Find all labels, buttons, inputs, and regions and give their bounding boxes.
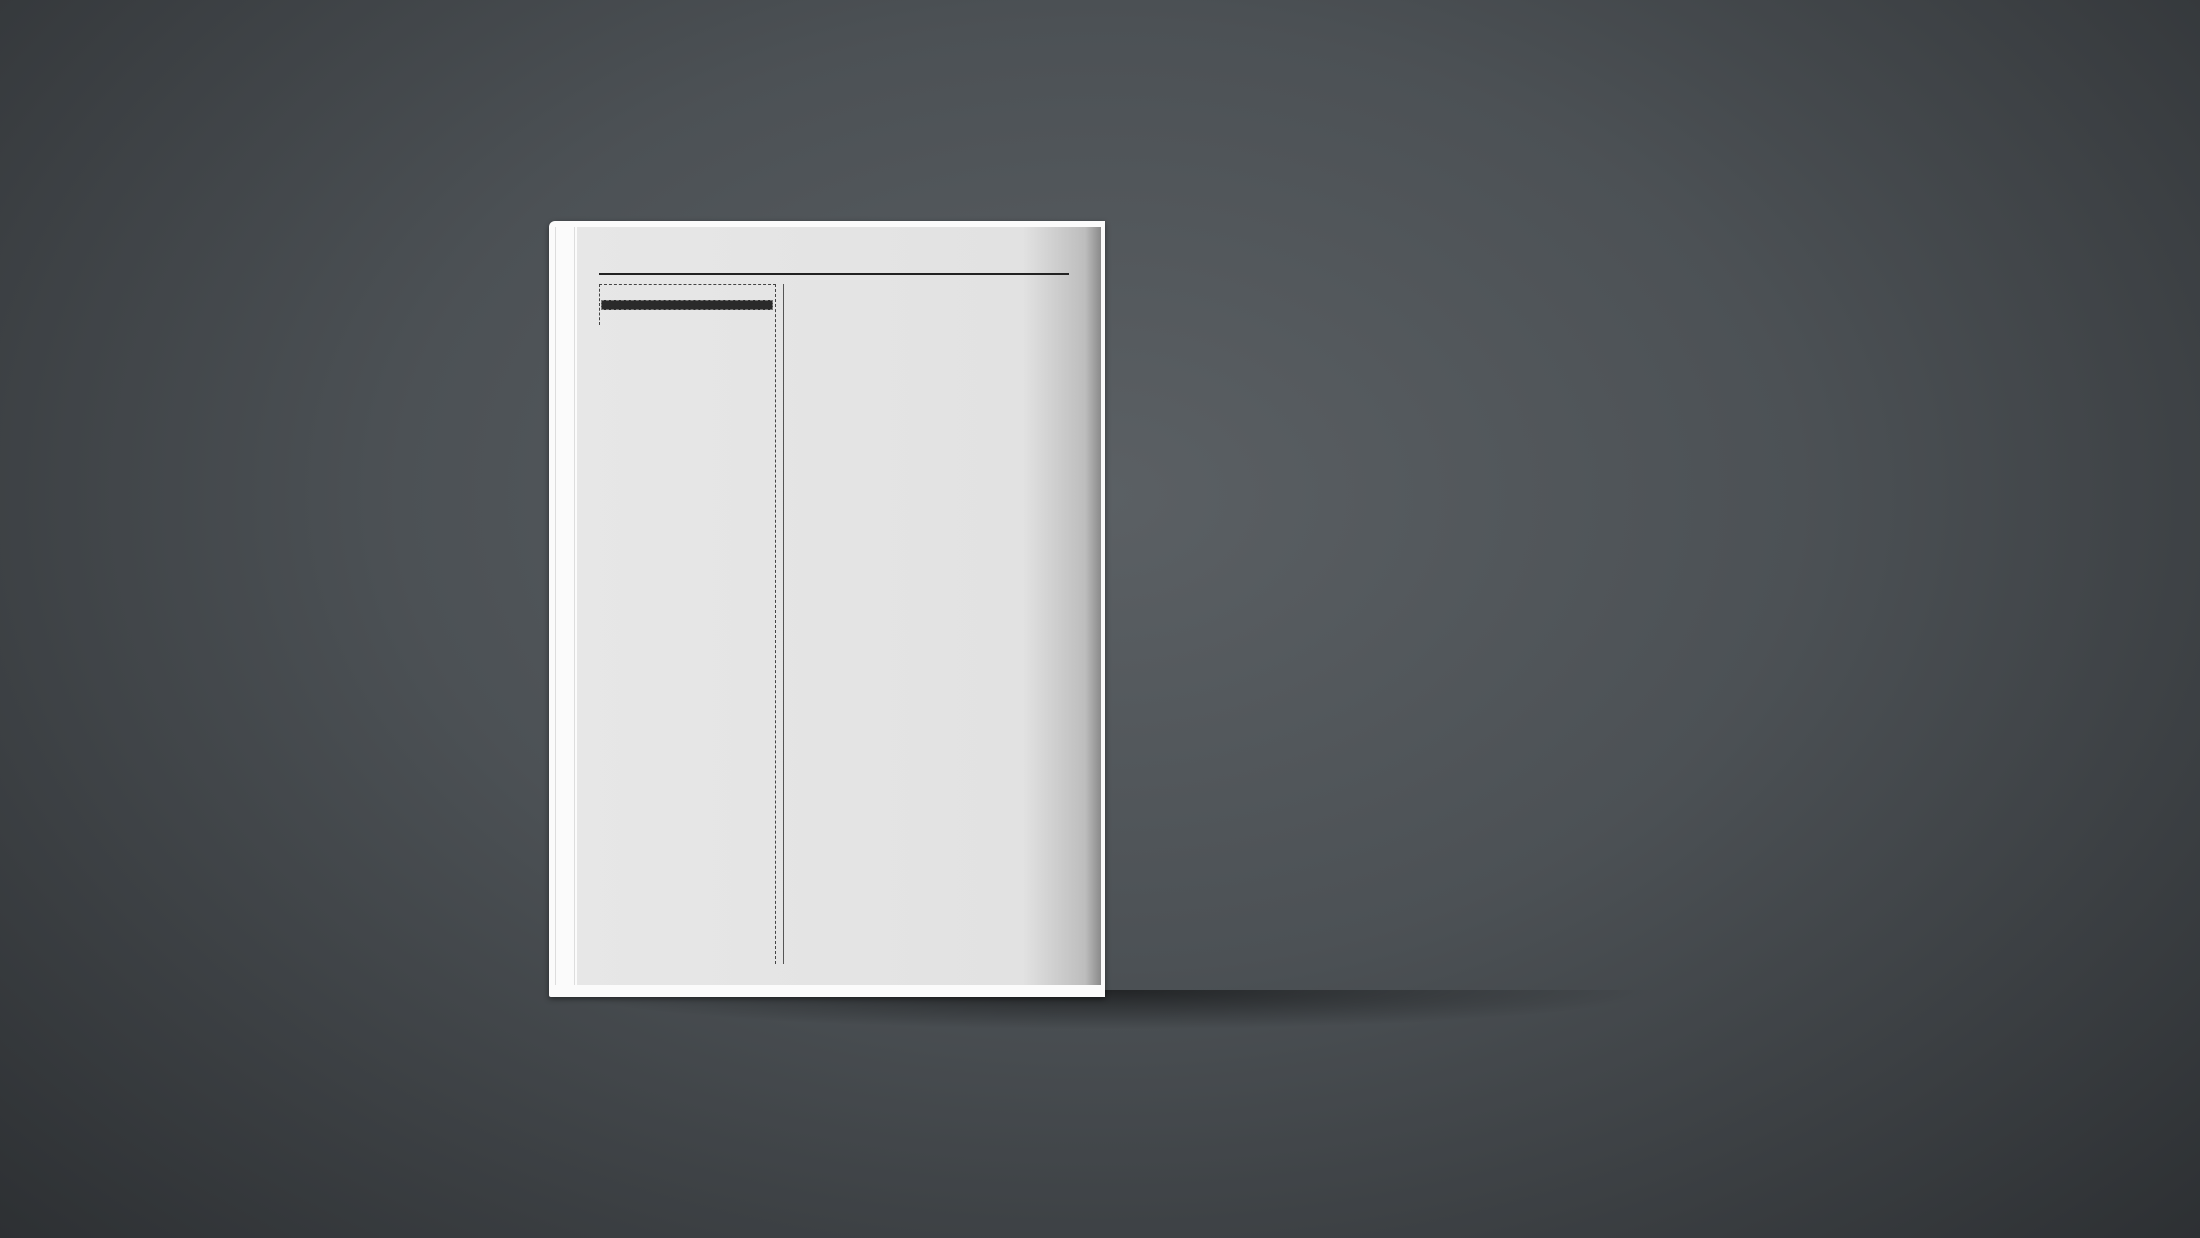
left-page [549, 221, 1105, 997]
column-rule [783, 284, 784, 964]
bethany-press-ad [599, 284, 776, 964]
magazine-spread [549, 221, 1656, 997]
page-edges [555, 227, 575, 985]
ad-border [599, 284, 776, 325]
running-head-left [599, 255, 1069, 275]
